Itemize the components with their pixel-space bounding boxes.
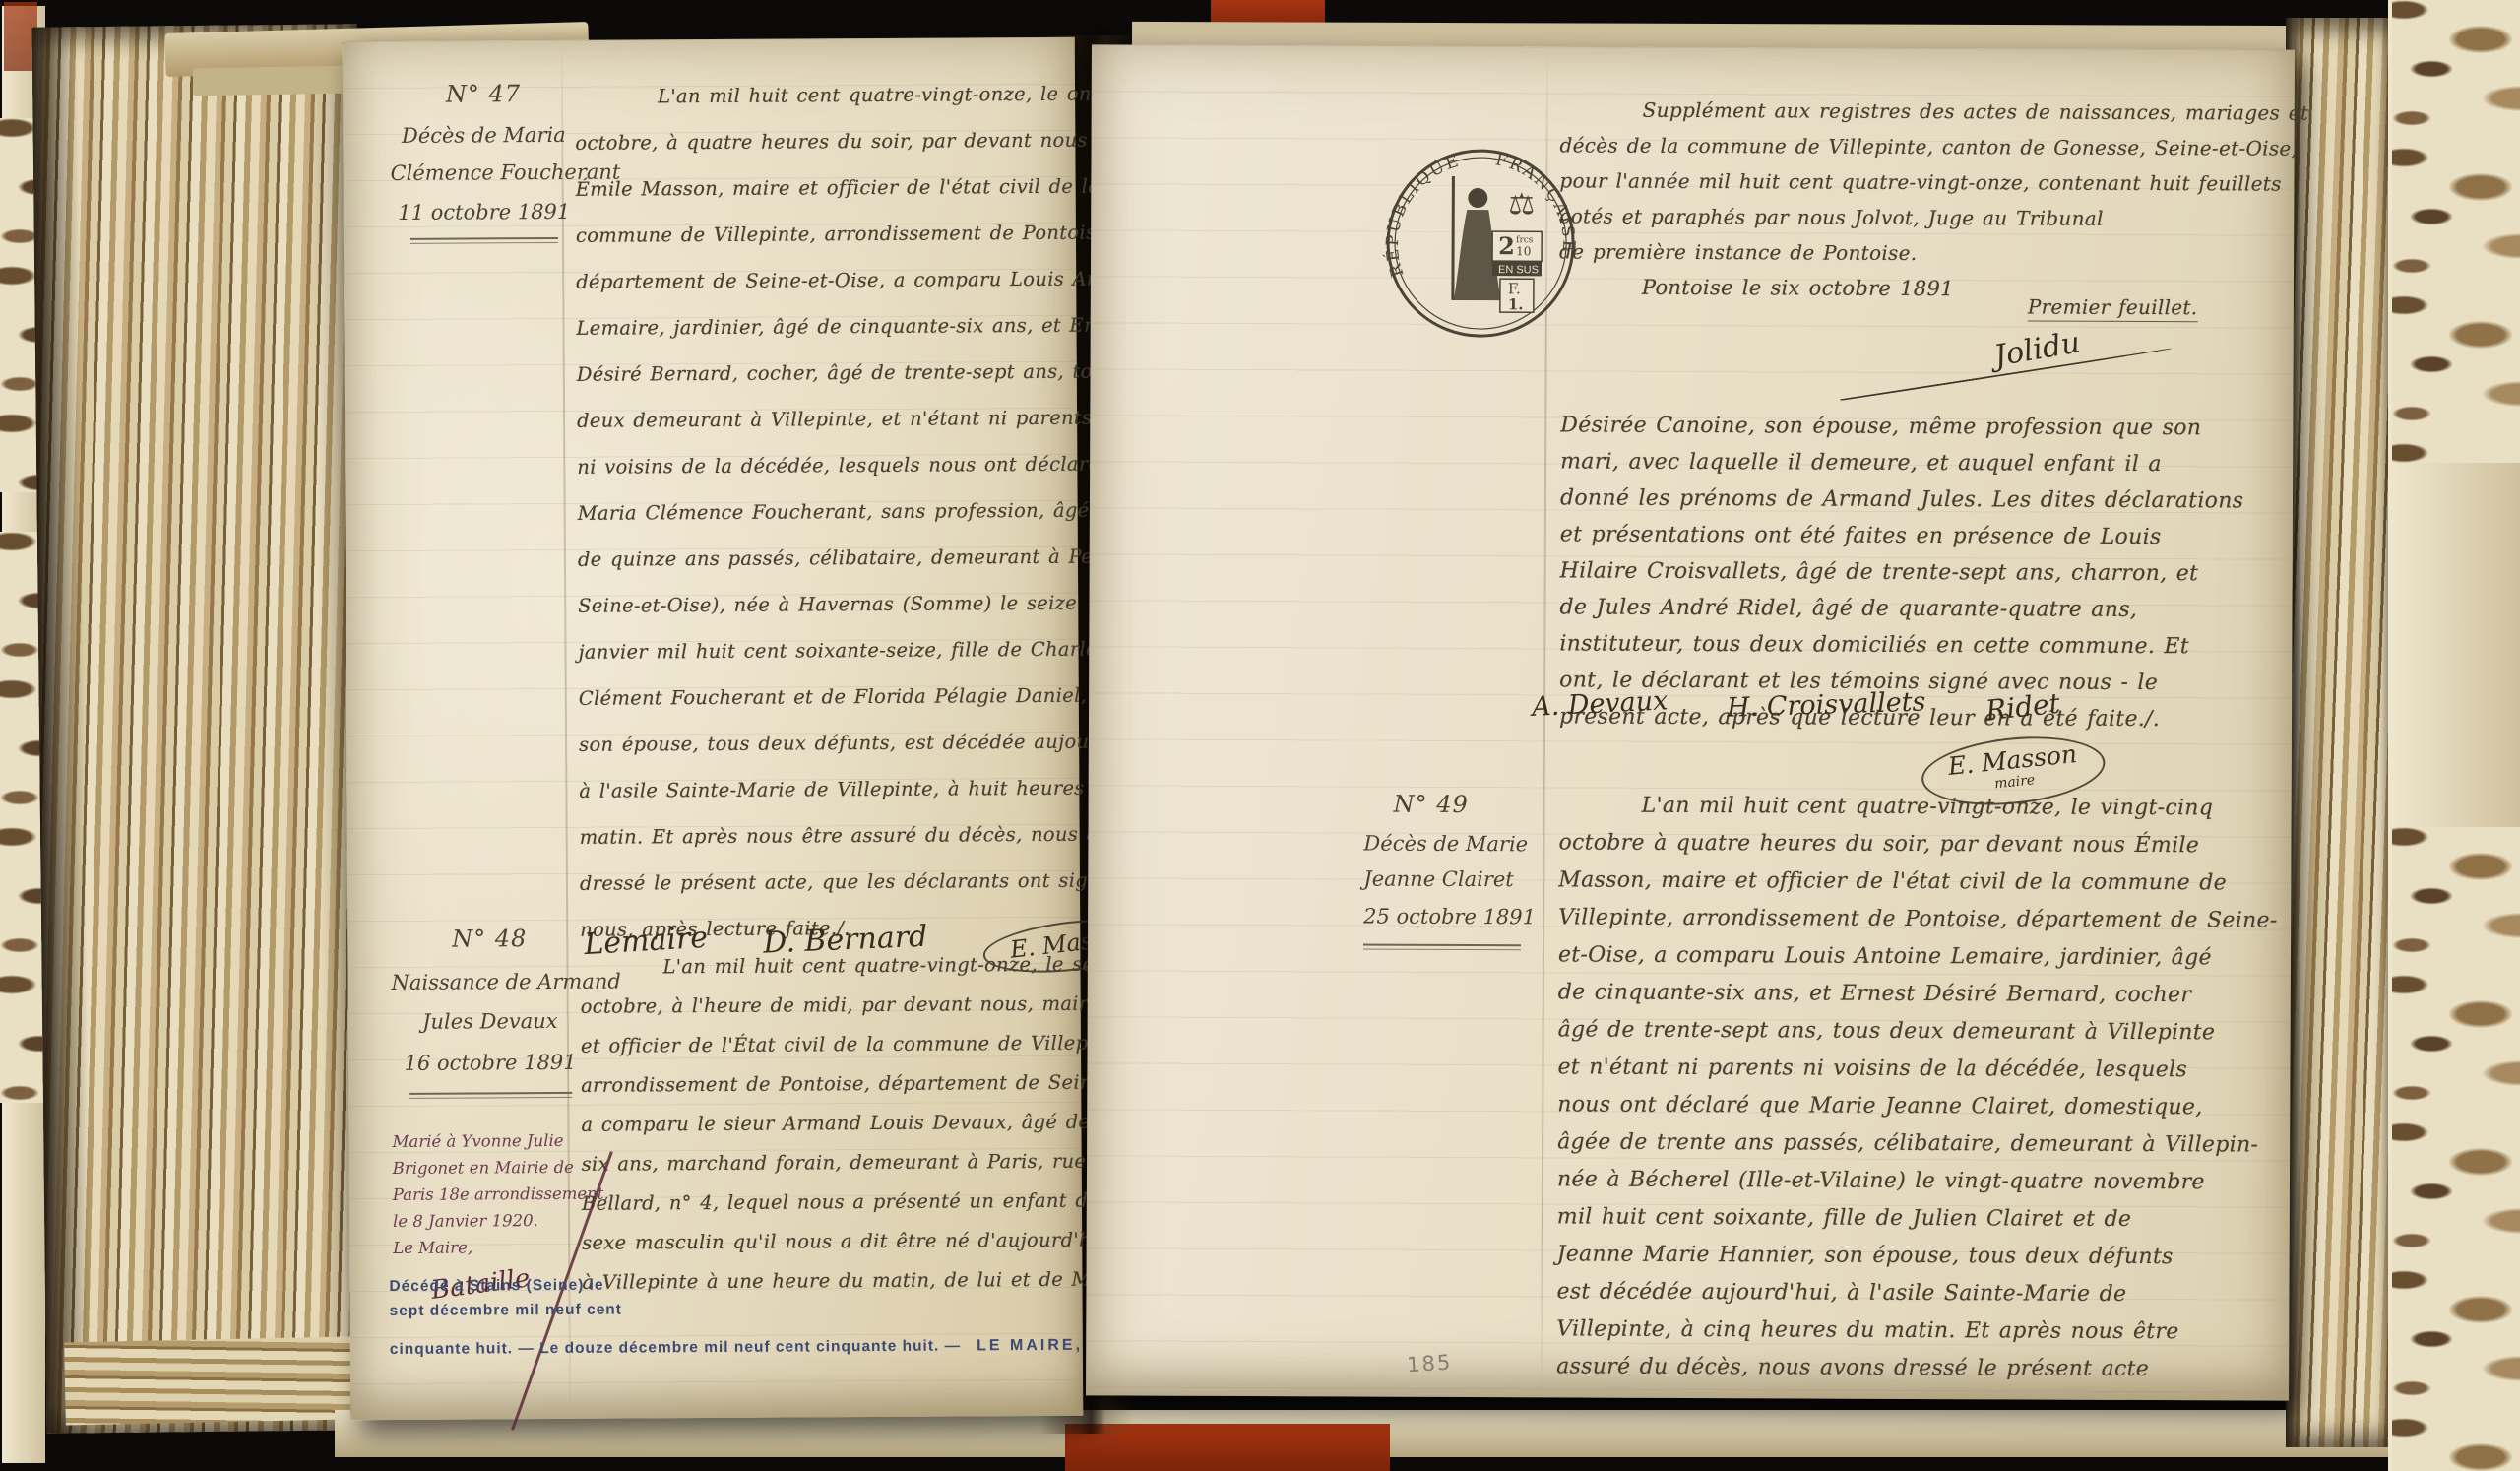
manuscript-line: instituteur, tous deux domiciliés en cet… <box>1559 625 2272 665</box>
signature-h-croisvallets: H. Croisvallets <box>1727 687 1926 724</box>
act47-margin-rule <box>410 237 558 244</box>
death-note-mayor-label: LE MAIRE, <box>976 1337 1083 1356</box>
manuscript-line: six ans, marchand forain, demeurant à Pa… <box>582 1142 1079 1184</box>
act49-number: N° 49 <box>1394 791 1551 819</box>
manuscript-line: Villepinte, arrondissement de Pontoise, … <box>1558 899 2275 939</box>
manuscript-line: mil huit cent soixante, fille de Julien … <box>1557 1198 2274 1239</box>
left-page-edges-stack <box>32 24 372 1433</box>
stamp-series-number: 1. <box>1508 295 1524 313</box>
manuscript-line: L'an mil huit cent quatre-vingt-onze, le… <box>1559 787 2276 827</box>
manuscript-line: janvier mil huit cent soixante-seize, fi… <box>578 626 1068 675</box>
manuscript-line: âgé de trente-sept ans, tous deux demeur… <box>1558 1011 2275 1052</box>
manuscript-line: Bellard, n° 4, lequel nous a présenté un… <box>582 1182 1079 1224</box>
manuscript-line: ni voisins de la décédée, lesquels nous … <box>577 441 1067 490</box>
manuscript-line: Villepinte, à cinq heures du matin. Et a… <box>1556 1311 2273 1351</box>
act48-date: 16 octobre 1891 <box>392 1051 589 1075</box>
manuscript-line: deux demeurant à Villepinte, et n'étant … <box>577 395 1067 444</box>
manuscript-line: matin. Et après nous être assuré du décè… <box>580 811 1070 861</box>
act47-date: 11 octobre 1891 <box>391 200 578 224</box>
marginal-note-line: Paris 18e arrondissement, <box>393 1181 613 1208</box>
manuscript-line: a comparu le sieur Armand Louis Devaux, … <box>581 1103 1078 1145</box>
pencil-folio-number: 185 <box>1406 1350 1453 1376</box>
act48-margin-rule <box>409 1092 572 1099</box>
manuscript-line: Désiré Bernard, cocher, âgé de trente-se… <box>577 349 1067 398</box>
manuscript-line: octobre, à l'heure de midi, par devant n… <box>581 985 1078 1027</box>
act48-death-note: Décédé à Stains (Seine) le sept décembre… <box>389 1272 645 1323</box>
manuscript-line: département de Seine-et-Oise, a comparu … <box>576 256 1066 305</box>
act48-margin: N° 48 Naissance de Armand Jules Devaux 1… <box>391 925 589 1099</box>
manuscript-line: Lemaire, jardinier, âgé de cinquante-six… <box>576 302 1066 352</box>
manuscript-line: Masson, maire et officier de l'état civi… <box>1558 862 2275 902</box>
justice-head <box>1468 188 1487 208</box>
manuscript-line: mari, avec laquelle il demeure, et auque… <box>1560 443 2273 482</box>
manuscript-line: à Villepinte à une heure du matin, de lu… <box>582 1260 1079 1303</box>
revenue-stamp: RÉPUBLIQUE FRANÇAISE ⚖ 2 frcs 10 EN SUS … <box>1382 145 1580 343</box>
manuscript-line: de cinquante-six ans, et Ernest Désiré B… <box>1558 974 2275 1014</box>
manuscript-line: Supplément aux registres des actes de na… <box>1560 92 2279 130</box>
stamp-value-frac: 10 <box>1516 244 1531 258</box>
manuscript-line: Émile Masson, maire et officier de l'éta… <box>576 163 1066 213</box>
left-page: N° 47 Décès de Maria Clémence Foucherant… <box>343 37 1084 1421</box>
manuscript-line: est décédée aujourd'hui, à l'asile Saint… <box>1556 1273 2273 1313</box>
act48-title-line2: Jules Devaux <box>392 1009 589 1034</box>
act49-title-line1: Décès de Marie <box>1363 832 1550 857</box>
act48-number: N° 48 <box>391 925 588 953</box>
manuscript-line: et officier de l'État civil de la commun… <box>581 1024 1078 1066</box>
manuscript-line: âgée de trente ans passés, célibataire, … <box>1557 1123 2274 1164</box>
manuscript-line: de Jules André Ridel, âgé de quarante-qu… <box>1559 589 2272 628</box>
manuscript-line: et présentations ont été faites en prése… <box>1560 516 2273 555</box>
manuscript-line: L'an mil huit cent quatre-vingt-onze, le… <box>580 945 1077 988</box>
death-note-line1: Décédé à Stains (Seine) le <box>389 1272 645 1299</box>
death-note-line2: sept décembre mil neuf cent <box>390 1297 646 1323</box>
signature-ridet: Ridet <box>1984 687 2061 727</box>
justice-staff <box>1453 176 1454 300</box>
act47-title-line2: Clémence Foucherant <box>390 160 577 185</box>
manuscript-line: née à Bécherel (Ille-et-Vilaine) le ving… <box>1557 1161 2274 1201</box>
manuscript-line: et n'étant ni parents ni voisins de la d… <box>1557 1049 2274 1089</box>
manuscript-line: nous ont déclaré que Marie Jeanne Claire… <box>1557 1086 2274 1126</box>
marginal-note-line: Brigonet en Mairie de <box>393 1154 613 1182</box>
signature-a-devaux: A. Devaux <box>1531 685 1669 723</box>
scales-icon: ⚖ <box>1508 187 1535 222</box>
manuscript-line: L'an mil huit cent quatre-vingt-onze, le… <box>575 71 1065 120</box>
death-note-bottom-line: cinquante huit. — Le douze décembre mil … <box>390 1337 961 1359</box>
manuscript-line: cotés et paraphés par nous Jolvot, Juge … <box>1559 198 2278 236</box>
marbled-endpaper-right-top <box>2392 0 2520 463</box>
act48-title-line1: Naissance de Armand <box>391 970 588 994</box>
act47-margin: N° 47 Décès de Maria Clémence Foucherant… <box>390 80 578 244</box>
manuscript-line: dressé le présent acte, que les déclaran… <box>580 858 1070 907</box>
manuscript-line: donné les prénoms de Armand Jules. Les d… <box>1560 480 2273 519</box>
act48-signatures: A. Devaux H. Croisvallets Ridet <box>1532 688 2260 724</box>
act47-number: N° 47 <box>390 80 577 108</box>
manuscript-line: Désirée Canoine, son épouse, même profes… <box>1560 407 2273 446</box>
manuscript-line: à l'asile Sainte-Marie de Villepinte, à … <box>579 765 1069 814</box>
premier-feuillet-label: Premier feuillet. <box>2028 294 2198 322</box>
marginal-note-line: Marié à Yvonne Julie <box>392 1127 612 1155</box>
act48-text: L'an mil huit cent quatre-vingt-onze, le… <box>580 945 1079 1303</box>
stamp-surcharge: EN SUS <box>1498 264 1539 276</box>
manuscript-line: de première instance de Pontoise. <box>1559 233 2278 272</box>
manuscript-line: commune de Villepinte, arrondissement de… <box>576 210 1066 259</box>
act48-marriage-note: Marié à Yvonne JulieBrigonet en Mairie d… <box>392 1127 613 1294</box>
act49-margin-rule <box>1363 944 1521 951</box>
manuscript-line: Clément Foucherant et de Florida Pélagie… <box>579 672 1069 722</box>
act49-margin: N° 49 Décès de Marie Jeanne Clairet 25 o… <box>1363 791 1551 951</box>
right-page-edges-stack <box>2286 18 2396 1447</box>
right-page: RÉPUBLIQUE FRANÇAISE ⚖ 2 frcs 10 EN SUS … <box>1086 44 2295 1400</box>
scanned-register-photo: N° 47 Décès de Maria Clémence Foucherant… <box>0 0 2520 1471</box>
manuscript-line: Hilaire Croisvallets, âgé de trente-sept… <box>1560 552 2273 592</box>
act49-date: 25 octobre 1891 <box>1363 905 1550 929</box>
manuscript-line: octobre à quatre heures du soir, par dev… <box>1558 824 2275 864</box>
act47-title-line1: Décès de Maria <box>390 123 577 148</box>
judge-header-text: Supplément aux registres des actes de na… <box>1559 92 2279 272</box>
manuscript-line: assuré du décès, nous avons dressé le pr… <box>1556 1348 2273 1388</box>
marbled-endpaper-right-bottom <box>2392 827 2520 1471</box>
manuscript-line: son épouse, tous deux défunts, est décéd… <box>579 719 1069 768</box>
act49-title-line2: Jeanne Clairet <box>1363 867 1550 892</box>
manuscript-line: de quinze ans passés, célibataire, demeu… <box>578 534 1068 583</box>
manuscript-line: décès de la commune de Villepinte, canto… <box>1559 127 2278 165</box>
act47-text: L'an mil huit cent quatre-vingt-onze, le… <box>575 71 1070 953</box>
manuscript-line: Maria Clémence Foucherant, sans professi… <box>578 487 1068 537</box>
manuscript-line: octobre, à quatre heures du soir, par de… <box>575 117 1065 166</box>
manuscript-line: pour l'année mil huit cent quatre-vingt-… <box>1559 162 2278 201</box>
act49-text: L'an mil huit cent quatre-vingt-onze, le… <box>1556 787 2276 1388</box>
revenue-stamp-graphic: RÉPUBLIQUE FRANÇAISE ⚖ 2 frcs 10 EN SUS … <box>1382 145 1580 343</box>
manuscript-line: arrondissement de Pontoise, département … <box>581 1063 1078 1106</box>
manuscript-line: Seine-et-Oise), née à Havernas (Somme) l… <box>578 580 1068 629</box>
stamp-value-main: 2 <box>1498 231 1515 260</box>
manuscript-line: et-Oise, a comparu Louis Antoine Lemaire… <box>1558 936 2275 977</box>
judge-header-place-date: Pontoise le six octobre 1891 <box>1642 276 1954 300</box>
manuscript-line: Jeanne Marie Hannier, son épouse, tous d… <box>1557 1236 2274 1276</box>
marginal-note-line: le 8 Janvier 1920. <box>393 1207 613 1235</box>
manuscript-line: sexe masculin qu'il nous a dit être né d… <box>582 1221 1079 1263</box>
